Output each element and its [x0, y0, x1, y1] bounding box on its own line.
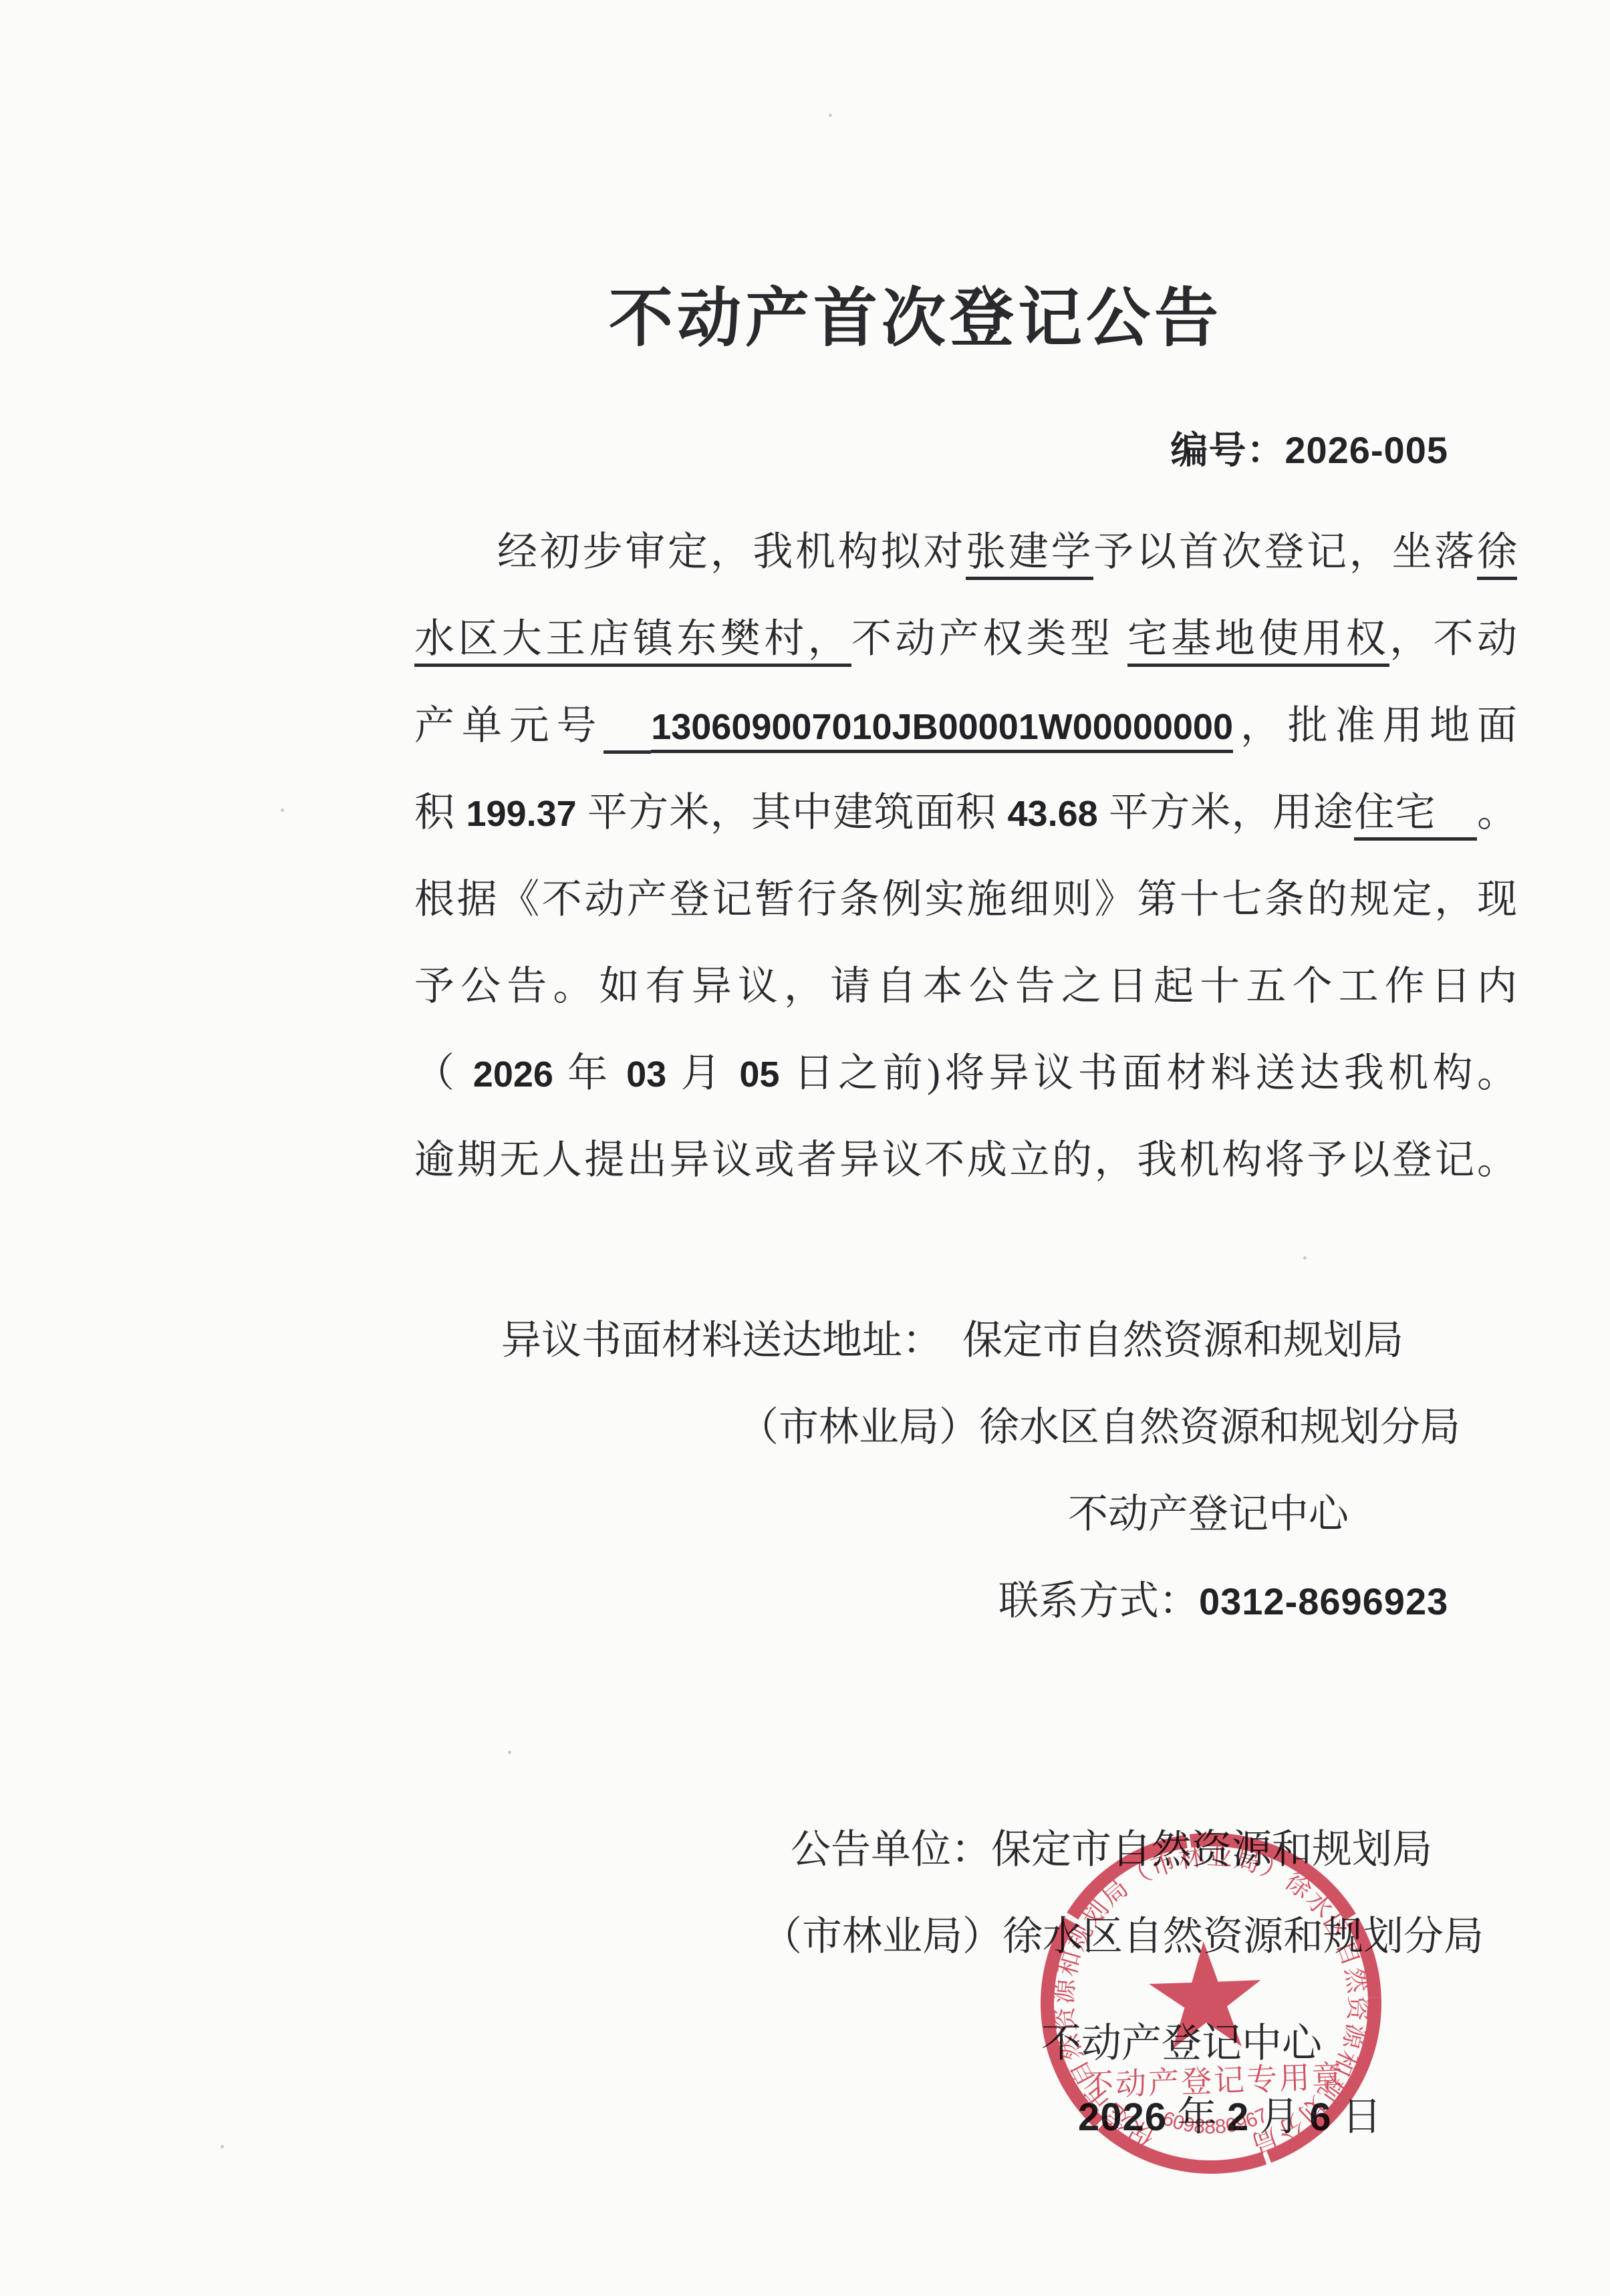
body-text: 逾期无人提出异议或者异议不成立的，我机构将予以登记。 — [414, 1138, 1517, 1182]
body-text: 不动产权类型 — [851, 617, 1127, 661]
body-text: 经初步审定，我机构拟对 — [497, 530, 966, 574]
body-text: ，不动 — [1389, 617, 1517, 661]
numeric-value: 2026 — [473, 1054, 553, 1095]
contact-number: 0312-8696923 — [1199, 1580, 1448, 1622]
doc-number-label: 编号： — [1170, 429, 1285, 471]
body-text: 予以首次登记，坐落 — [1093, 530, 1477, 574]
numeric-value: 43.68 — [1008, 794, 1098, 834]
numeric-value: 03 — [626, 1054, 666, 1095]
body-line: 逾期无人提出异议或者异议不成立的，我机构将予以登记。 — [414, 1128, 1517, 1207]
objection-address-line1: 异议书面材料送达地址： 保定市自然资源和规划局 — [501, 1308, 1403, 1366]
body-text: 。 — [1477, 791, 1517, 835]
body-text: 根据《不动产登记暂行条例实施细则》第十七条的规定，现 — [414, 877, 1517, 921]
announcement-document: 不动产首次登记公告 编号：2026-005 经初步审定，我机构拟对张建学予以首次… — [0, 0, 1610, 2296]
scan-speck — [1303, 1256, 1307, 1260]
underlined-field: 张建学 — [966, 530, 1093, 580]
numeric-value: 199.37 — [466, 794, 576, 834]
underlined-field: 徐 — [1477, 530, 1517, 580]
body-line: （ 2026 年 03 月 05 日之前)将异议书面材料送达我机构。 — [414, 1041, 1517, 1120]
underlined-field: 130609007010JB00001W00000000 — [651, 707, 1233, 753]
page-title: 不动产首次登记公告 — [364, 267, 1467, 359]
scan-speck — [508, 1751, 511, 1754]
underlined-field: 水区大王店镇东樊村， — [414, 617, 851, 667]
body-text: 年 — [553, 1051, 626, 1095]
underlined-field — [603, 704, 651, 754]
underlined-field — [1436, 791, 1477, 841]
contact-label: 联系方式： — [998, 1579, 1199, 1623]
body-text: 月 — [666, 1051, 739, 1095]
body-text: 予公告。如有异议，请自本公告之日起十五个工作日内 — [414, 964, 1517, 1008]
numeric-value: 05 — [739, 1054, 779, 1095]
doc-number: 编号：2026-005 — [1170, 421, 1448, 474]
seal-star-icon — [1148, 1939, 1263, 2049]
body-line: 产单元号 130609007010JB00001W00000000，批准用地面 — [414, 694, 1517, 772]
scan-speck — [281, 809, 284, 812]
objection-address-line2: （市林业局）徐水区自然资源和规划分局 — [739, 1395, 1460, 1453]
scan-speck — [1490, 641, 1494, 645]
contact-line: 联系方式：0312-8696923 — [998, 1569, 1448, 1626]
body-line: 水区大王店镇东樊村，不动产权类型 宅基地使用权，不动 — [414, 607, 1517, 686]
body-line: 予公告。如有异议，请自本公告之日起十五个工作日内 — [414, 954, 1517, 1033]
official-seal-stamp: 保定市自然资源和规划局（市林业局）徐水区自然资源和规划分局 不动产登记专用章 6… — [1025, 1817, 1398, 2190]
body-text: （ — [414, 1051, 473, 1095]
underlined-field: 住宅 — [1354, 791, 1436, 841]
underlined-field: 宅基地使用权 — [1127, 617, 1389, 667]
body-text: 产单元号 — [414, 704, 603, 748]
body-line: 根据《不动产登记暂行条例实施细则》第十七条的规定，现 — [414, 867, 1517, 946]
scan-speck — [829, 114, 832, 117]
body-line: 积 199.37 平方米，其中建筑面积 43.68 平方米，用途住宅 。 — [414, 780, 1517, 859]
body-text: 日之前)将异议书面材料送达我机构。 — [779, 1051, 1517, 1095]
body-text: 积 — [414, 791, 466, 835]
scan-speck — [221, 2145, 224, 2148]
body-line: 经初步审定，我机构拟对张建学予以首次登记，坐落徐 — [414, 520, 1517, 599]
body-text: 平方米，其中建筑面积 — [577, 791, 1008, 835]
doc-number-value: 2026-005 — [1285, 429, 1448, 471]
body-text: ，批准用地面 — [1233, 704, 1517, 748]
objection-address-line3: 不动产登记中心 — [1068, 1482, 1349, 1540]
body-text: 平方米，用途 — [1098, 791, 1355, 835]
